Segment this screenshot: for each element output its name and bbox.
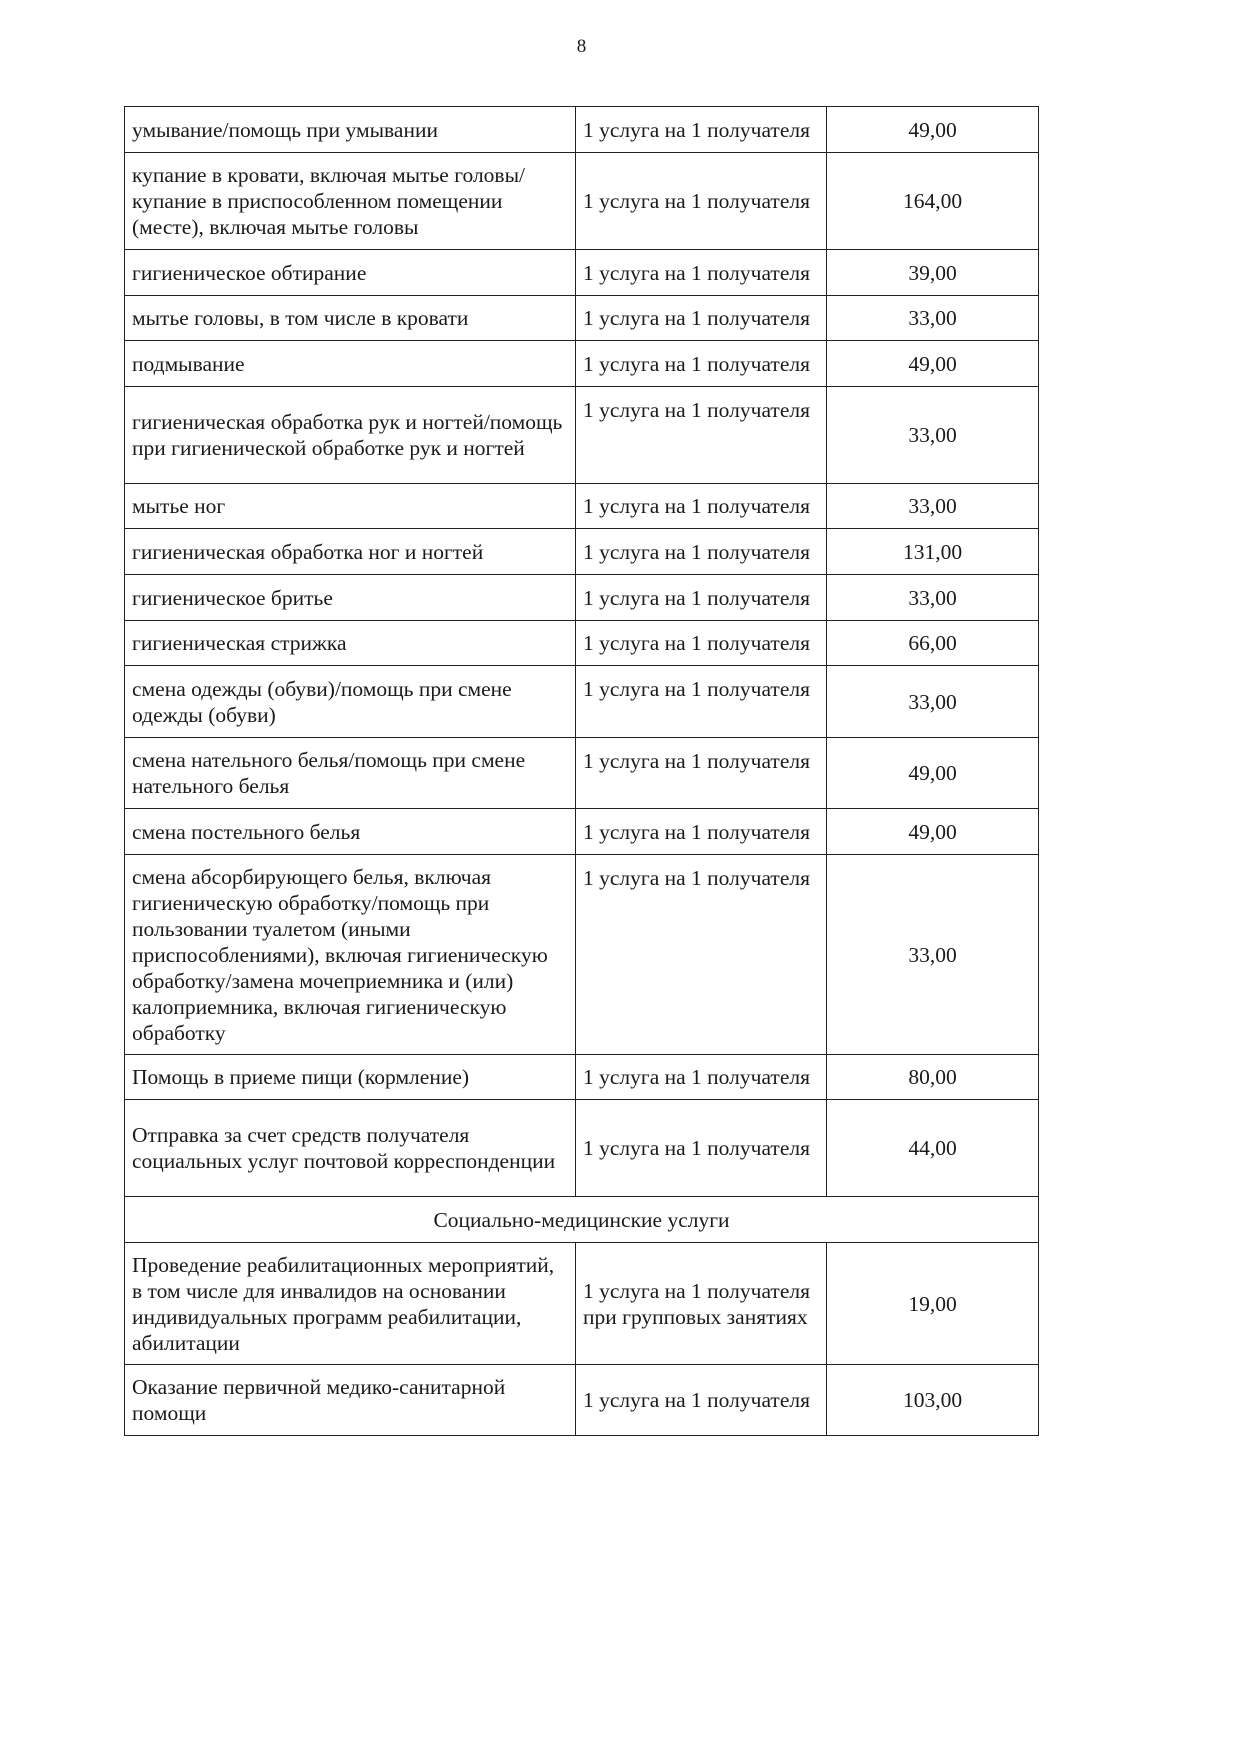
price-cell: 33,00 <box>827 855 1039 1055</box>
table-row: подмывание1 услуга на 1 получателя49,00 <box>125 341 1039 387</box>
service-name-cell: гигиеническая обработка ног и ногтей <box>125 529 576 575</box>
table-row: Проведение реабилитационных мероприятий,… <box>125 1243 1039 1365</box>
unit-cell: 1 услуга на 1 получателя <box>576 153 827 250</box>
unit-cell: 1 услуга на 1 получателя <box>576 296 827 341</box>
price-cell: 49,00 <box>827 738 1039 809</box>
price-cell: 44,00 <box>827 1100 1039 1197</box>
price-cell: 49,00 <box>827 809 1039 855</box>
service-name-cell: смена одежды (обуви)/помощь при смене од… <box>125 666 576 738</box>
table-row: смена одежды (обуви)/помощь при смене од… <box>125 666 1039 738</box>
price-cell: 80,00 <box>827 1055 1039 1100</box>
table-row: гигиеническая стрижка1 услуга на 1 получ… <box>125 621 1039 666</box>
unit-cell: 1 услуга на 1 получателя <box>576 341 827 387</box>
price-cell: 33,00 <box>827 666 1039 738</box>
price-cell: 33,00 <box>827 296 1039 341</box>
price-cell: 131,00 <box>827 529 1039 575</box>
price-cell: 66,00 <box>827 621 1039 666</box>
price-cell: 103,00 <box>827 1365 1039 1436</box>
price-cell: 33,00 <box>827 484 1039 529</box>
unit-cell: 1 услуга на 1 получателя при групповых з… <box>576 1243 827 1365</box>
table-row: гигиеническое бритье1 услуга на 1 получа… <box>125 575 1039 621</box>
service-name-cell: купание в кровати, включая мытье головы/… <box>125 153 576 250</box>
unit-cell: 1 услуга на 1 получателя <box>576 107 827 153</box>
service-name-cell: смена абсорбирующего белья, включая гиги… <box>125 855 576 1055</box>
tariff-table-body: умывание/помощь при умывании1 услуга на … <box>125 107 1039 1436</box>
table-row: смена нательного белья/помощь при смене … <box>125 738 1039 809</box>
service-name-cell: гигиеническое обтирание <box>125 250 576 296</box>
unit-cell: 1 услуга на 1 получателя <box>576 529 827 575</box>
section-title: Социально-медицинские услуги <box>125 1197 1039 1243</box>
price-cell: 49,00 <box>827 107 1039 153</box>
table-row: мытье головы, в том числе в кровати1 усл… <box>125 296 1039 341</box>
service-name-cell: умывание/помощь при умывании <box>125 107 576 153</box>
service-name-cell: Оказание первичной медико-санитарной пом… <box>125 1365 576 1436</box>
service-name-cell: смена постельного белья <box>125 809 576 855</box>
service-name-cell: гигиеническая обработка рук и ногтей/пом… <box>125 387 576 484</box>
section-header-row: Социально-медицинские услуги <box>125 1197 1039 1243</box>
price-cell: 33,00 <box>827 387 1039 484</box>
price-cell: 164,00 <box>827 153 1039 250</box>
table-row: гигиеническая обработка ног и ногтей1 ус… <box>125 529 1039 575</box>
unit-cell: 1 услуга на 1 получателя <box>576 1365 827 1436</box>
table-row: умывание/помощь при умывании1 услуга на … <box>125 107 1039 153</box>
table-row: купание в кровати, включая мытье головы/… <box>125 153 1039 250</box>
unit-cell: 1 услуга на 1 получателя <box>576 666 827 738</box>
tariff-table: умывание/помощь при умывании1 услуга на … <box>124 106 1039 1436</box>
unit-cell: 1 услуга на 1 получателя <box>576 1055 827 1100</box>
unit-cell: 1 услуга на 1 получателя <box>576 855 827 1055</box>
service-name-cell: гигиеническая стрижка <box>125 621 576 666</box>
table-row: смена постельного белья1 услуга на 1 пол… <box>125 809 1039 855</box>
service-name-cell: мытье головы, в том числе в кровати <box>125 296 576 341</box>
service-name-cell: подмывание <box>125 341 576 387</box>
service-name-cell: гигиеническое бритье <box>125 575 576 621</box>
service-name-cell: Проведение реабилитационных мероприятий,… <box>125 1243 576 1365</box>
table-row: смена абсорбирующего белья, включая гиги… <box>125 855 1039 1055</box>
unit-cell: 1 услуга на 1 получателя <box>576 250 827 296</box>
unit-cell: 1 услуга на 1 получателя <box>576 738 827 809</box>
service-name-cell: Помощь в приеме пищи (кормление) <box>125 1055 576 1100</box>
table-row: Помощь в приеме пищи (кормление)1 услуга… <box>125 1055 1039 1100</box>
service-name-cell: мытье ног <box>125 484 576 529</box>
unit-cell: 1 услуга на 1 получателя <box>576 809 827 855</box>
price-cell: 19,00 <box>827 1243 1039 1365</box>
price-cell: 39,00 <box>827 250 1039 296</box>
unit-cell: 1 услуга на 1 получателя <box>576 387 827 484</box>
price-cell: 49,00 <box>827 341 1039 387</box>
service-name-cell: смена нательного белья/помощь при смене … <box>125 738 576 809</box>
table-row: Оказание первичной медико-санитарной пом… <box>125 1365 1039 1436</box>
table-row: гигиеническое обтирание1 услуга на 1 пол… <box>125 250 1039 296</box>
table-row: мытье ног1 услуга на 1 получателя33,00 <box>125 484 1039 529</box>
service-name-cell: Отправка за счет средств получателя соци… <box>125 1100 576 1197</box>
unit-cell: 1 услуга на 1 получателя <box>576 1100 827 1197</box>
unit-cell: 1 услуга на 1 получателя <box>576 621 827 666</box>
unit-cell: 1 услуга на 1 получателя <box>576 484 827 529</box>
table-row: Отправка за счет средств получателя соци… <box>125 1100 1039 1197</box>
table-row: гигиеническая обработка рук и ногтей/пом… <box>125 387 1039 484</box>
price-cell: 33,00 <box>827 575 1039 621</box>
unit-cell: 1 услуга на 1 получателя <box>576 575 827 621</box>
page-number: 8 <box>0 36 1163 58</box>
